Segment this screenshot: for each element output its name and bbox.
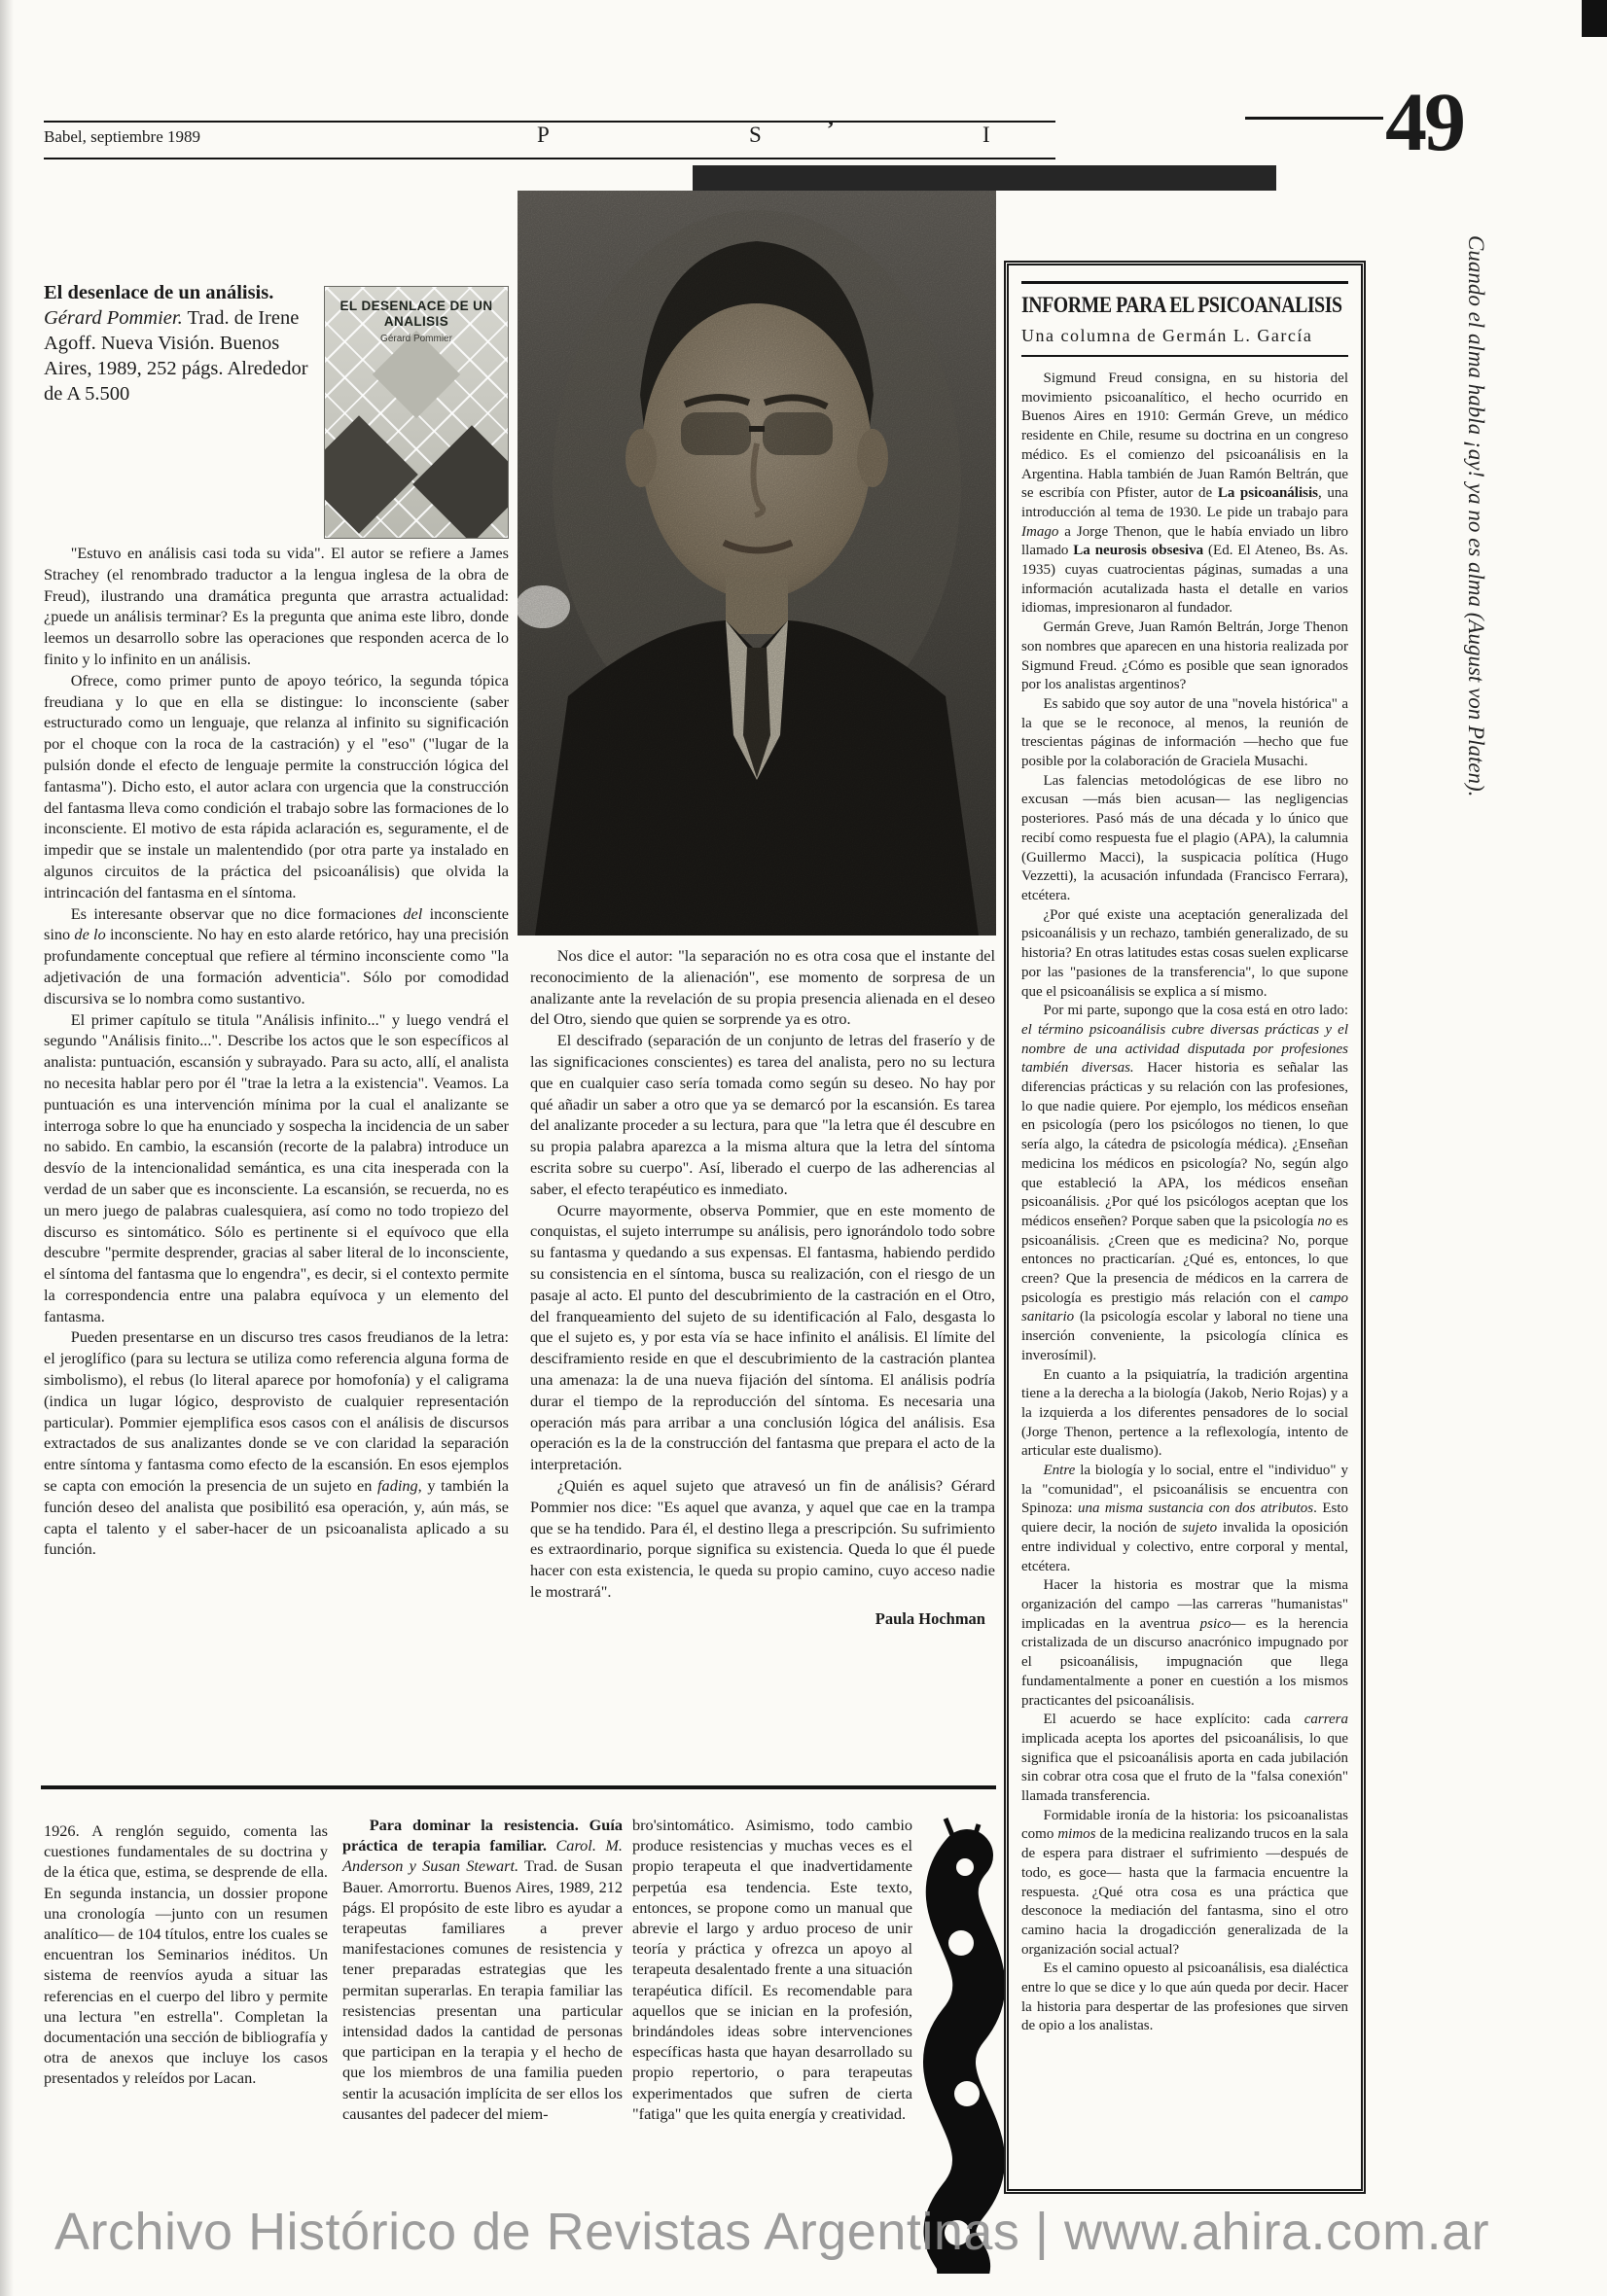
portrait-photo-graphic	[518, 191, 996, 936]
cover-portrait-left	[324, 415, 418, 534]
issue-date: Babel, septiembre 1989	[44, 127, 200, 147]
paragraph: Germán Greve, Juan Ramón Beltrán, Jorge …	[1021, 618, 1348, 695]
paragraph: "Estuvo en análisis casi toda su vida". …	[44, 543, 509, 670]
margin-quote: Cuando el alma habla ¡ay! ya no es alma …	[1463, 235, 1488, 1286]
archive-watermark: Archivo Histórico de Revistas Argentinas…	[54, 2202, 1572, 2262]
header-rule-top	[44, 121, 1055, 123]
paragraph: Hacer la historia es mostrar que la mism…	[1021, 1576, 1348, 1711]
paragraph: El acuerdo se hace explícito: cada carre…	[1021, 1711, 1348, 1807]
cover-portrait-right	[412, 425, 509, 539]
portrait-photo	[518, 191, 996, 936]
paragraph: Sigmund Freud consigna, en su historia d…	[1021, 370, 1348, 618]
middle-column: Nos dice el autor: "la separación no es …	[530, 945, 995, 1630]
paragraph: Formidable ironía de la historia: los ps…	[1021, 1807, 1348, 1960]
paragraph: Para dominar la resistencia. Guía prácti…	[342, 1815, 623, 2124]
corner-mark	[1582, 0, 1607, 37]
header-letter-s: S	[749, 123, 762, 148]
byline: Paula Hochman	[530, 1608, 995, 1630]
bottom-column-2: Para dominar la resistencia. Guía prácti…	[342, 1815, 623, 2124]
paragraph: Nos dice el autor: "la separación no es …	[530, 945, 995, 1030]
header-mark: ’	[827, 117, 835, 142]
column-body: Sigmund Freud consigna, en su historia d…	[1021, 370, 1348, 2036]
header-letter-i: I	[982, 123, 990, 148]
scan-edge-shadow	[0, 0, 14, 2296]
paragraph: En cuanto a la psiquiatría, la tradición…	[1021, 1366, 1348, 1463]
book-info: El desenlace de un análisis. Gérard Pomm…	[44, 280, 308, 406]
column-title: INFORME PARA EL PSICOANALISIS	[1021, 293, 1303, 318]
header-black-bar	[693, 165, 1276, 191]
paragraph: Pueden presentarse en un discurso tres c…	[44, 1326, 509, 1560]
bottom-column-1: 1926. A renglón seguido, comenta las cue…	[44, 1820, 328, 2089]
header-letter-p: P	[537, 123, 550, 148]
paragraph: Entre la biología y lo social, entre el …	[1021, 1462, 1348, 1576]
paragraph: bro'sintomático. Asimismo, todo cambio p…	[632, 1815, 912, 2124]
paragraph: Es el camino opuesto al psicoanálisis, e…	[1021, 1960, 1348, 2036]
paragraph: 1926. A renglón seguido, comenta las cue…	[44, 1820, 328, 2089]
page-number-rule	[1245, 117, 1383, 120]
paragraph: ¿Quién es aquel sujeto que atravesó un f…	[530, 1475, 995, 1603]
paragraph: Por mi parte, supongo que la cosa está e…	[1021, 1002, 1348, 1365]
book-cover-image: EL DESENLACE DE UN ANALISIS Gérard Pommi…	[324, 286, 509, 539]
cover-title: EL DESENLACE DE UN ANALISIS	[325, 299, 508, 330]
header-rule-bottom	[44, 158, 1055, 159]
paragraph: El descifrado (separación de un conjunto…	[530, 1030, 995, 1199]
column-header: INFORME PARA EL PSICOANALISIS Una column…	[1021, 281, 1348, 357]
bottom-column-3: bro'sintomático. Asimismo, todo cambio p…	[632, 1815, 912, 2124]
paragraph: Las falencias metodológicas de ese libro…	[1021, 772, 1348, 906]
paragraph: El primer capítulo se titula "Análisis i…	[44, 1009, 509, 1327]
paragraph: Ofrece, como primer punto de apoyo teóri…	[44, 670, 509, 903]
cover-author: Gérard Pommier	[325, 334, 508, 344]
paragraph: Ocurre mayormente, observa Pommier, que …	[530, 1200, 995, 1475]
paragraph: ¿Por qué existe una aceptación generaliz…	[1021, 906, 1348, 1003]
psychoanalysis-column-box: INFORME PARA EL PSICOANALISIS Una column…	[1004, 261, 1366, 2194]
paragraph: Es interesante observar que no dice form…	[44, 903, 509, 1009]
magazine-page: Babel, septiembre 1989 P S ’ I 49 Cuando…	[0, 0, 1607, 2296]
left-column: "Estuvo en análisis casi toda su vida". …	[44, 543, 509, 1560]
column-subtitle: Una columna de Germán L. García	[1021, 326, 1348, 346]
section-divider	[41, 1785, 996, 1789]
page-number: 49	[1385, 80, 1463, 163]
paragraph: Es sabido que soy autor de una "novela h…	[1021, 695, 1348, 772]
